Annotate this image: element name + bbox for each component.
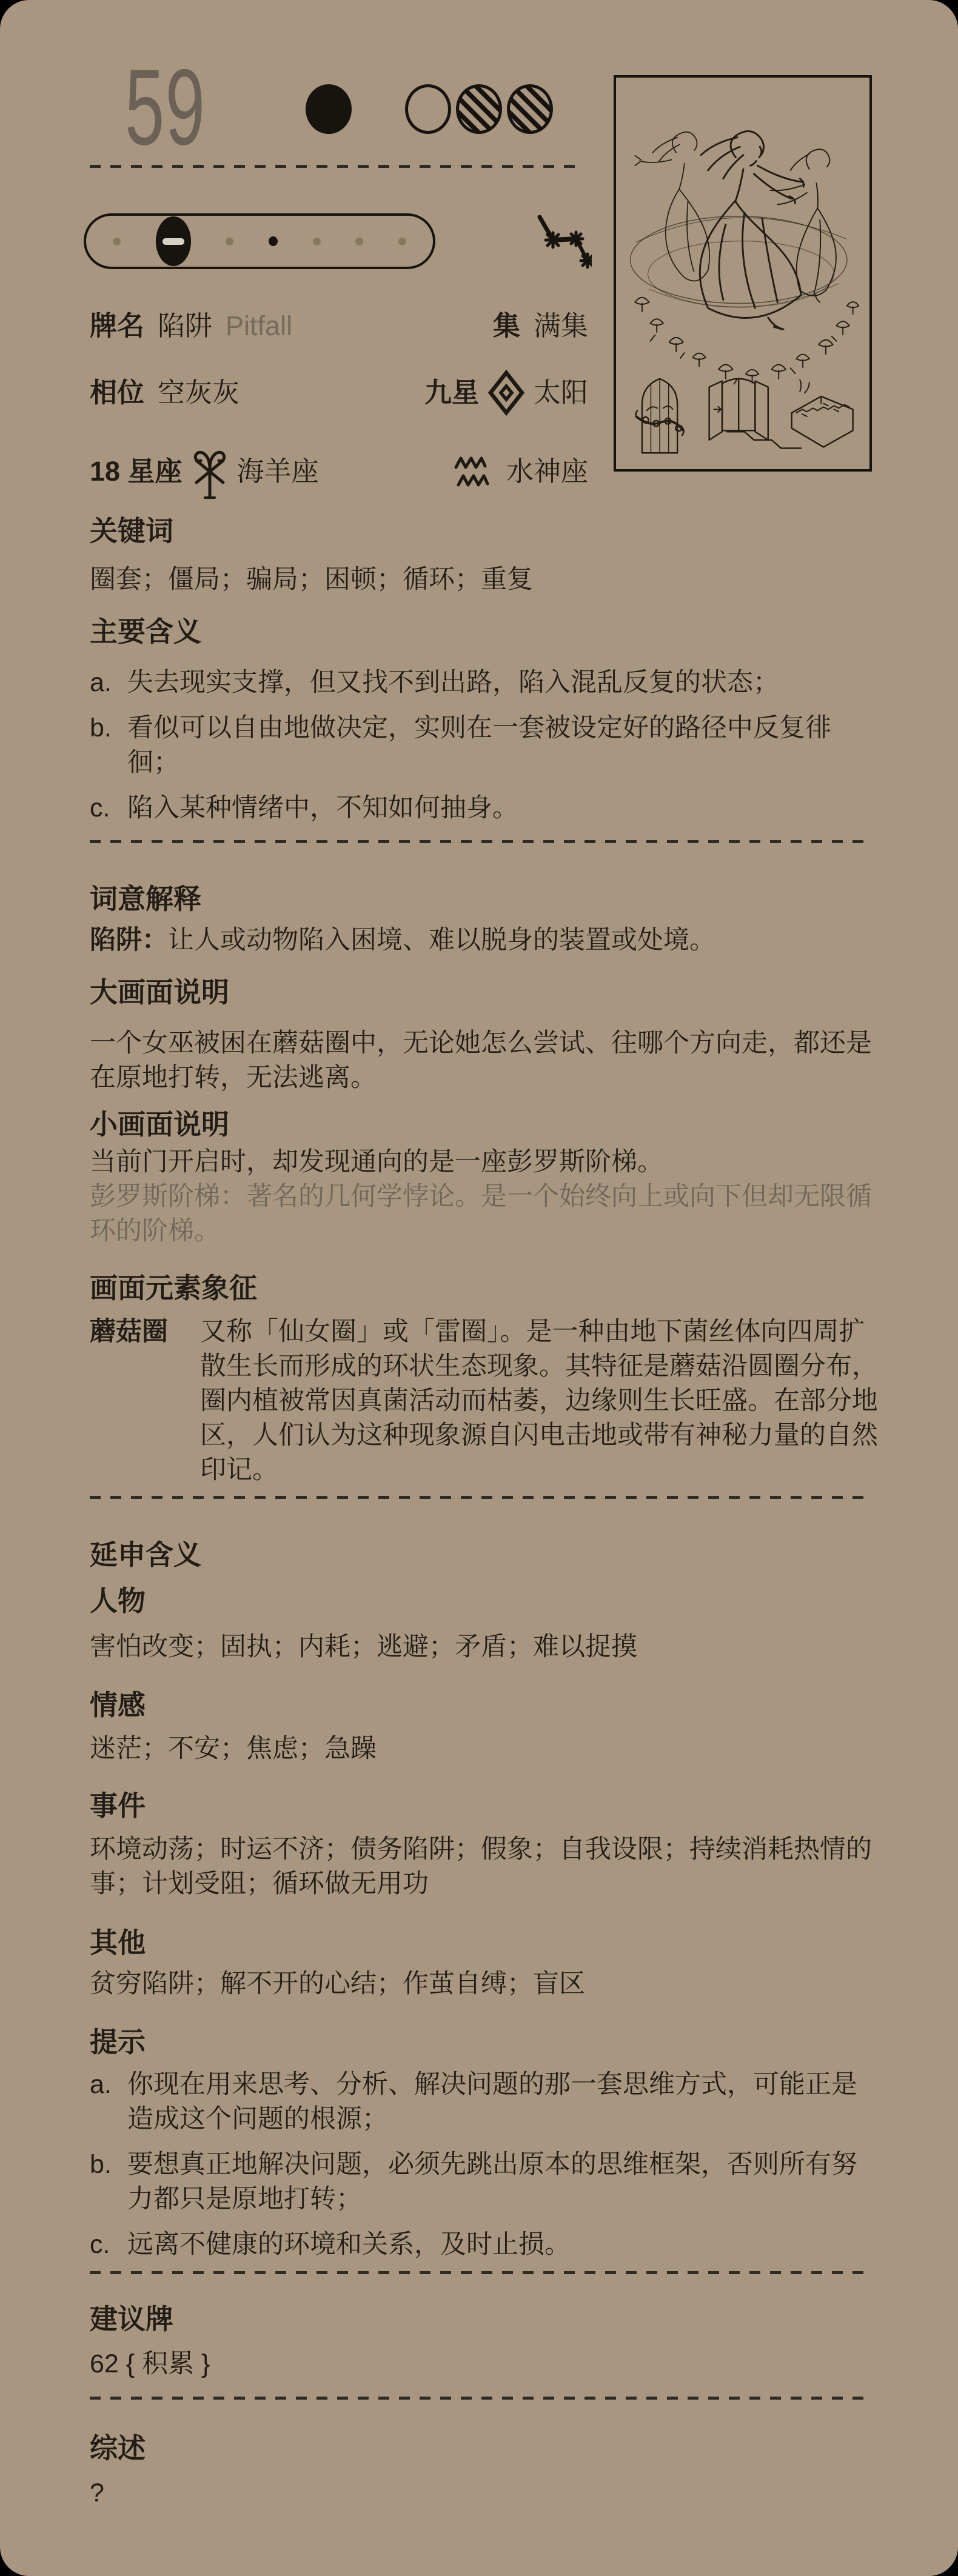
- dashed-divider: [90, 1496, 872, 1499]
- summary-body: ?: [90, 2476, 878, 2511]
- list-item: b. 看似可以自由地做决定，实则在一套被设定好的路径中反复徘徊；: [90, 711, 878, 780]
- water-god-icon: [453, 453, 498, 490]
- list-item: c. 陷入某种情绪中，不知如何抽身。: [90, 791, 878, 826]
- tips-heading: 提示: [90, 2027, 878, 2057]
- dashed-divider: [90, 2397, 872, 2400]
- zodiac-left-value: 海羊座: [237, 456, 319, 487]
- list-item: c. 远离不健康的环境和关系，及时止损。: [90, 2227, 878, 2262]
- nine-star-label: 九星: [424, 377, 479, 409]
- word-meaning-body: 陷阱：让人或动物陷入困境、难以脱身的装置或处境。: [90, 923, 878, 958]
- big-picture-body: 一个女巫被困在蘑菇圈中，无论她怎么尝试、往哪个方向走，都还是在原地打转，无法逃离…: [90, 1026, 878, 1095]
- small-picture-note: 彭罗斯阶梯：著名的几何学悖论。是一个始终向上或向下但却无限循环的阶梯。: [90, 1182, 872, 1246]
- keywords-body: 圈套；僵局；骗局；困顿；循环；重复: [90, 562, 878, 597]
- hatched-ellipse-icon: [456, 84, 502, 134]
- extended-group-body: 害怕改变；固执；内耗；逃避；矛盾；难以捉摸: [90, 1630, 878, 1664]
- chained-door-icon: [636, 379, 684, 453]
- tips-list: a. 你现在用来思考、分析、解决问题的那一套思维方式，可能正是造成这个问题的根源…: [90, 2067, 878, 2262]
- list-item: a. 你现在用来思考、分析、解决问题的那一套思维方式，可能正是造成这个问题的根源…: [90, 2067, 878, 2137]
- info-row-name: 牌名 陷阱 Pitfall 集 满集: [90, 310, 588, 342]
- zodiac-right-value: 水神座: [506, 456, 588, 487]
- dashed-divider: [90, 840, 872, 843]
- list-item: b. 要想真正地解决问题，必须先跳出原本的思维框架，否则所有努力都只是原地打转；: [90, 2147, 878, 2217]
- info-row-phase: 相位 空灰灰 九星 太阳: [90, 370, 588, 416]
- extended-group-heading: 情感: [90, 1690, 878, 1720]
- list-item: a. 失去现实支撑，但又找不到出路，陷入混乱反复的状态；: [90, 666, 878, 700]
- zodiac-label: 18 星座: [90, 456, 183, 487]
- symbol-text: 又称「仙女圈」或「雷圈」。是一种由地下菌丝体向四周扩散生长而形成的环状生态现象。…: [200, 1315, 878, 1487]
- penrose-stairs-icon: [792, 380, 853, 447]
- word-meaning-heading: 词意解释: [90, 884, 878, 913]
- slider-dot[interactable]: [313, 238, 321, 245]
- main-meaning-list: a. 失去现实支撑，但又找不到出路，陷入混乱反复的状态； b. 看似可以自由地做…: [90, 666, 878, 826]
- name-value: 陷阱: [158, 310, 212, 342]
- slider-dot[interactable]: [355, 238, 363, 245]
- mushroom-ring: [635, 298, 859, 384]
- hatched-ellipse-icon: [507, 84, 553, 134]
- set-value: 满集: [534, 310, 588, 342]
- extended-group-heading: 人物: [90, 1586, 878, 1615]
- nine-star-value: 太阳: [534, 377, 588, 409]
- witch-figure-right: [771, 149, 836, 302]
- extended-group-heading: 其他: [90, 1928, 878, 1957]
- info-row-zodiac: 18 星座 海羊座: [90, 444, 588, 499]
- extended-group-body: 贫穷陷阱；解不开的心结；作茧自缚；盲区: [90, 1967, 878, 2001]
- set-label: 集: [493, 310, 520, 342]
- phase-slider[interactable]: [84, 213, 435, 269]
- dashed-divider: [90, 2271, 872, 2274]
- card-number: 59: [125, 53, 206, 161]
- slider-dot[interactable]: [113, 238, 121, 245]
- card-page: 59: [0, 0, 958, 2576]
- slider-handle[interactable]: [156, 216, 191, 266]
- card-info-table: 牌名 陷阱 Pitfall 集 满集 相位 空灰灰 九星: [90, 310, 588, 499]
- slider-dot[interactable]: [398, 238, 406, 245]
- slider-dot[interactable]: [226, 238, 233, 245]
- extended-group-body: 环境动荡；时运不济；债务陷阱；假象；自我设限；持续消耗热情的事；计划受阻；循环做…: [90, 1832, 878, 1901]
- slider-dot-active[interactable]: [269, 236, 278, 246]
- symbolism-heading: 画面元素象征: [90, 1273, 878, 1303]
- card-illustration: [614, 75, 872, 472]
- constellation-icon: [531, 210, 592, 276]
- name-value-en: Pitfall: [226, 310, 292, 342]
- filled-ellipse-icon: [306, 84, 352, 134]
- main-meaning-heading: 主要含义: [90, 617, 878, 646]
- advice-heading: 建议牌: [90, 2304, 878, 2334]
- phase-value: 空灰灰: [158, 377, 239, 409]
- dashed-divider: [90, 165, 583, 168]
- small-picture-heading: 小画面说明: [90, 1110, 878, 1139]
- small-picture-body: 当前门开启时，却发现通向的是一座彭罗斯阶梯。 彭罗斯阶梯：著名的几何学悖论。是一…: [90, 1145, 878, 1249]
- symbolism-body: 蘑菇圈 又称「仙女圈」或「雷圈」。是一种由地下菌丝体向四周扩散生长而形成的环状生…: [90, 1315, 878, 1487]
- extended-group-heading: 事件: [90, 1791, 878, 1820]
- advice-body: 62 { 积累 }: [90, 2347, 878, 2381]
- summary-heading: 综述: [90, 2434, 878, 2463]
- term: 陷阱：: [90, 926, 168, 955]
- open-door-stairs-icon: [709, 379, 802, 449]
- phase-label: 相位: [90, 377, 144, 409]
- extended-heading: 延申含义: [90, 1540, 878, 1569]
- sea-goat-icon: [191, 444, 229, 499]
- keywords-heading: 关键词: [90, 516, 878, 546]
- big-picture-heading: 大画面说明: [90, 978, 878, 1007]
- extended-group-body: 迷茫；不安；焦虑；急躁: [90, 1732, 878, 1766]
- phase-icons: [306, 84, 553, 135]
- card-body: 关键词 圈套；僵局；骗局；困顿；循环；重复 主要含义 a. 失去现实支撑，但又找…: [0, 497, 958, 2511]
- witch-figure-front: [700, 132, 803, 330]
- symbol-term: 蘑菇圈: [90, 1315, 200, 1487]
- slider-handle-bar: [162, 238, 184, 245]
- witch-figure-left: [635, 132, 709, 281]
- outline-ellipse-icon: [405, 84, 451, 134]
- nine-star-diamond-icon: [487, 370, 525, 416]
- name-label: 牌名: [90, 310, 144, 342]
